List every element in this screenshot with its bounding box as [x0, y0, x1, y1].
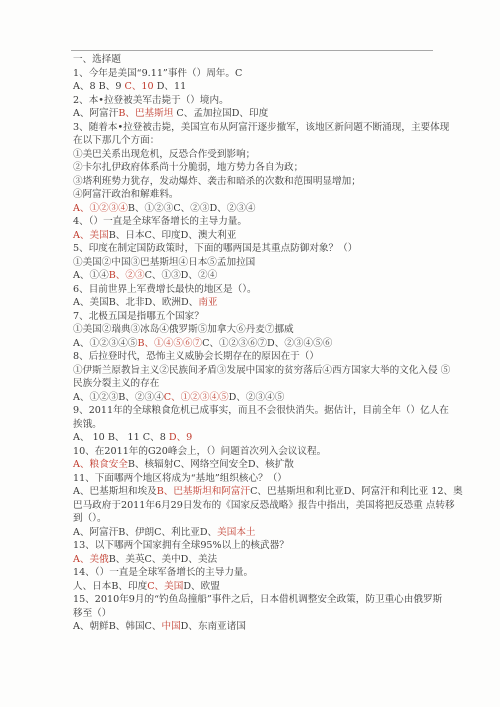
text-segment: ①美国②瑞典③冰岛④俄罗斯⑤加拿大⑥丹麦⑦挪威: [73, 324, 294, 335]
text-segment: C、①③D、②④: [145, 270, 218, 281]
text-line: ①美巴关系出现危机，反恐合作受到影响；: [73, 148, 437, 162]
text-segment: A、8 B、9: [73, 81, 124, 92]
text-segment: 11、下面哪两个地区将成为“基地”组织核心？（）: [73, 473, 287, 484]
text-line: ②卡尔扎伊政府体系尚十分脆弱，地方势力各自为政；: [73, 161, 437, 175]
text-segment: C、巴基斯坦和利比亚D、阿富汗和利比亚 12、奥: [250, 486, 463, 497]
text-segment: 3、随着本•拉登被击毙，美国宣布从阿富汗逐步撤军，该地区新问题不断涌现，主要体现: [73, 122, 449, 133]
text-segment: 到（）。: [73, 513, 107, 524]
text-segment: 10、在2011年的G20峰会上，（）问题首次列入会议议程。: [73, 446, 326, 457]
text-segment: 挨饿。: [73, 419, 102, 430]
text-segment: 民族分裂主义的存在: [73, 378, 159, 389]
text-segment: 15、2010年9月的“钓鱼岛撞船”事件之后，日本借机调整安全政策，防卫重心由俄…: [73, 594, 442, 605]
text-segment: ②卡尔扎伊政府体系尚十分脆弱，地方势力各自为政；: [73, 162, 303, 173]
answer-highlight: A、①②③④: [73, 203, 128, 214]
text-line: 一、选择题: [73, 53, 437, 67]
text-line: ①伊斯兰原教旨主义②民族间矛盾③发展中国家的贫穷落后④西方国家大举的文化入侵 ⑤: [73, 364, 437, 378]
text-line: 到（）。: [73, 512, 437, 526]
text-line: A、朝鲜B、韩国C、中国D、东南亚诸国: [73, 620, 437, 634]
text-line: 14、（）一直是全球军备增长的主导力量。: [73, 566, 437, 580]
answer-highlight: D、9: [169, 432, 192, 443]
answer-highlight: C、美国: [147, 581, 183, 592]
text-line: 10、在2011年的G20峰会上，（）问题首次列入会议议程。: [73, 445, 437, 459]
text-segment: A、美国B、北非D、欧洲D、: [73, 297, 198, 308]
answer-highlight: B、①④⑤⑥⑦: [138, 338, 203, 349]
answer-highlight: A、粮食安全: [73, 459, 128, 470]
text-segment: 2、本•拉登被美军击毙于（）境内。: [73, 95, 229, 106]
text-line: A、美国B、北非D、欧洲D、南亚: [73, 296, 437, 310]
text-line: 民族分裂主义的存在: [73, 377, 437, 391]
text-line: 2、本•拉登被美军击毙于（）境内。: [73, 94, 437, 108]
text-segment: A、①④: [73, 270, 109, 281]
text-line: 9、2011年的全球粮食危机已成事实，而且不会很快消失。据估计，目前全年（）亿人…: [73, 404, 437, 418]
text-segment: C、孟加拉国D、印度: [173, 108, 268, 119]
text-line: A、①②③B、②③④C、①②③④⑤D、②③④⑤: [73, 391, 437, 405]
text-line: 7、北极五国是指哪五个国家？: [73, 310, 437, 324]
text-segment: 4、（）一直是全球军备增长的主导力量。: [73, 216, 247, 227]
text-segment: 1、今年是美国“9.11”事件（）周年。C: [73, 68, 242, 79]
text-segment: A、朝鲜B、韩国C、: [73, 621, 161, 632]
answer-highlight: 中国: [161, 621, 180, 632]
text-line: A、阿富汗B、伊朗C、利比亚D、美国本土: [73, 526, 437, 540]
text-segment: D、②③④⑤: [229, 392, 285, 403]
text-segment: A、 10 B、 11 C、8: [73, 432, 169, 443]
text-line: A、①②③④B、①②③C、②③D、②③④: [73, 202, 437, 216]
text-segment: 在以下那几个方面：: [73, 135, 159, 146]
text-line: 4、（）一直是全球军备增长的主导力量。: [73, 215, 437, 229]
answer-highlight: A、美俄: [73, 554, 109, 565]
text-line: 6、目前世界上军费增长最快的地区是（）。: [73, 283, 437, 297]
text-segment: 8、后拉登时代，恐怖主义威胁会长期存在的原因在于（）: [73, 351, 319, 362]
text-line: 在以下那几个方面：: [73, 134, 437, 148]
text-line: ①美国②瑞典③冰岛④俄罗斯⑤加拿大⑥丹麦⑦挪威: [73, 323, 437, 337]
text-segment: B、美英C、美中D、美法: [109, 554, 217, 565]
text-segment: 9、2011年的全球粮食危机已成事实，而且不会很快消失。据估计，目前全年（）亿人…: [73, 405, 449, 416]
text-segment: ①美国②中国③巴基斯坦④日本⑤孟加拉国: [73, 257, 255, 268]
text-segment: 人、日本B、印度: [73, 581, 147, 592]
text-segment: B、①②③C、②③D、②③④: [128, 203, 256, 214]
text-line: 11、下面哪两个地区将成为“基地”组织核心？（）: [73, 472, 437, 486]
text-segment: ③塔利班势力犹存，发动爆炸、袭击和暗杀的次数和范围明显增加；: [73, 176, 361, 187]
text-line: 移至（）: [73, 607, 437, 621]
document-body: 一、选择题1、今年是美国“9.11”事件（）周年。CA、8 B、9 C、10 D…: [73, 53, 437, 634]
answer-highlight: C、10: [124, 81, 153, 92]
text-segment: D、11: [154, 81, 187, 92]
answer-highlight: B、②③: [109, 270, 145, 281]
text-segment: ①伊斯兰原教旨主义②民族间矛盾③发展中国家的贫穷落后④西方国家大举的文化入侵 ⑤: [73, 365, 450, 376]
text-segment: 一、选择题: [73, 54, 121, 65]
text-line: 3、随着本•拉登被击毙，美国宣布从阿富汗逐步撤军，该地区新问题不断涌现，主要体现: [73, 121, 437, 135]
text-line: A、巴基斯坦和埃及B、巴基斯坦和阿富汗C、巴基斯坦和利比亚D、阿富汗和利比亚 1…: [73, 485, 437, 499]
answer-highlight: A、美国: [73, 230, 109, 241]
text-segment: A、①②③B、②③④: [73, 392, 164, 403]
text-line: A、粮食安全B、核辐射C、网络空间安全D、核扩散: [73, 458, 437, 472]
text-line: 15、2010年9月的“钓鱼岛撞船”事件之后，日本借机调整安全政策，防卫重心由俄…: [73, 593, 437, 607]
text-line: ③塔利班势力犹存，发动爆炸、袭击和暗杀的次数和范围明显增加；: [73, 175, 437, 189]
text-line: 人、日本B、印度C、美国D、欧盟: [73, 580, 437, 594]
answer-highlight: C、①②③④⑤: [164, 392, 229, 403]
text-line: ①美国②中国③巴基斯坦④日本⑤孟加拉国: [73, 256, 437, 270]
answer-highlight: B、巴基斯坦: [118, 108, 173, 119]
text-segment: A、①②③④⑤: [73, 338, 138, 349]
text-line: A、①②③④⑤B、①④⑤⑥⑦C、①②③⑥⑦D、②③④⑤⑥: [73, 337, 437, 351]
text-segment: 7、北极五国是指哪五个国家？: [73, 311, 204, 322]
text-segment: 13、以下哪两个国家拥有全球95%以上的核武器？: [73, 540, 289, 551]
text-line: 13、以下哪两个国家拥有全球95%以上的核武器？: [73, 539, 437, 553]
text-segment: 14、（）一直是全球军备增长的主导力量。: [73, 567, 253, 578]
text-line: 巴马政府于2011年6月29日发布的《国家反恐战略》报告中指出，美国将把反恐重 …: [73, 499, 437, 513]
text-segment: 6、目前世界上军费增长最快的地区是（）。: [73, 284, 257, 295]
text-line: A、阿富汗B、巴基斯坦 C、孟加拉国D、印度: [73, 107, 437, 121]
text-segment: 5、印度在制定国防政策时，下面的哪两国是其重点防御对象？（）: [73, 243, 357, 254]
text-segment: B、核辐射C、网络空间安全D、核扩散: [128, 459, 294, 470]
text-line: A、美俄B、美英C、美中D、美法: [73, 553, 437, 567]
text-segment: C、①②③⑥⑦D、②③④⑤⑥: [202, 338, 332, 349]
top-divider-rule: [71, 50, 433, 51]
text-segment: ④阿富汗政治和解难料。: [73, 189, 179, 200]
text-segment: 移至（）: [73, 608, 111, 619]
text-line: A、美国B、日本C、印度D、澳大利亚: [73, 229, 437, 243]
text-line: ④阿富汗政治和解难料。: [73, 188, 437, 202]
text-segment: B、日本C、印度D、澳大利亚: [109, 230, 237, 241]
text-line: A、8 B、9 C、10 D、11: [73, 80, 437, 94]
text-segment: D、东南亚诸国: [181, 621, 246, 632]
text-segment: A、阿富汗: [73, 108, 118, 119]
text-line: 5、印度在制定国防政策时，下面的哪两国是其重点防御对象？（）: [73, 242, 437, 256]
text-segment: A、阿富汗B、伊朗C、利比亚D、: [73, 527, 217, 538]
text-segment: ①美巴关系出现危机，反恐合作受到影响；: [73, 149, 255, 160]
answer-highlight: 美国本土: [217, 527, 255, 538]
answer-highlight: B、巴基斯坦和阿富汗: [157, 486, 250, 497]
text-line: 1、今年是美国“9.11”事件（）周年。C: [73, 67, 437, 81]
text-segment: D、欧盟: [183, 581, 219, 592]
text-line: A、①④B、②③C、①③D、②④: [73, 269, 437, 283]
scanned-document-page: 一、选择题1、今年是美国“9.11”事件（）周年。CA、8 B、9 C、10 D…: [0, 0, 500, 707]
text-line: 8、后拉登时代，恐怖主义威胁会长期存在的原因在于（）: [73, 350, 437, 364]
text-line: A、 10 B、 11 C、8 D、9: [73, 431, 437, 445]
text-segment: 巴马政府于2011年6月29日发布的《国家反恐战略》报告中指出，美国将把反恐重 …: [73, 500, 455, 511]
text-line: 挨饿。: [73, 418, 437, 432]
answer-highlight: 南亚: [198, 297, 217, 308]
text-segment: A、巴基斯坦和埃及: [73, 486, 157, 497]
